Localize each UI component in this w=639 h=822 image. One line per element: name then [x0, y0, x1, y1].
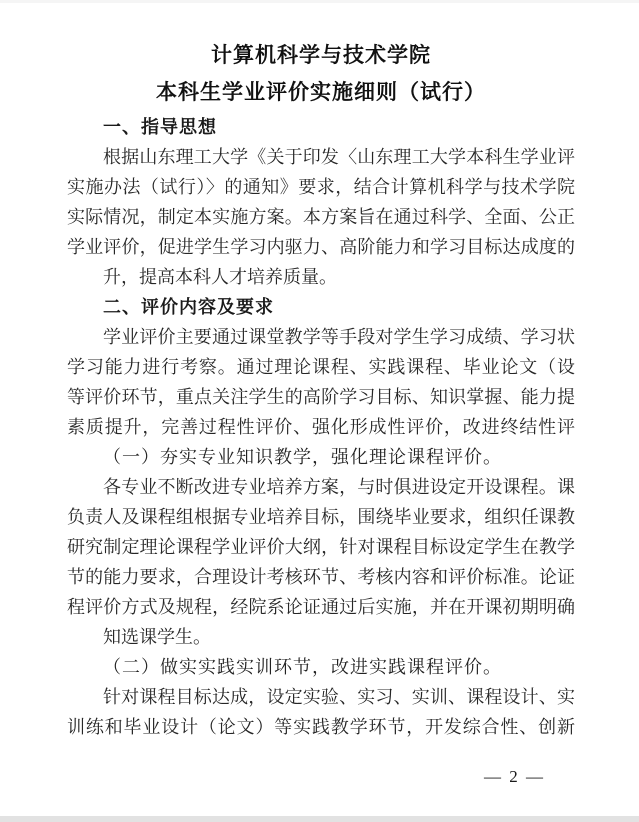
- section-heading: 一、指导思想: [67, 112, 575, 142]
- sub-heading: （一）夯实专业知识教学，强化理论课程评价。: [67, 442, 575, 472]
- body-line: 学业评价，促进学生学习内驱力、高阶能力和学习目标达成度的提: [67, 232, 575, 262]
- body-line: 知选课学生。: [67, 622, 575, 652]
- body-line: 升，提高本科人才培养质量。: [67, 262, 575, 292]
- document-body: 一、指导思想 根据山东理工大学《关于印发〈山东理工大学本科生学业评价 实施办法（…: [67, 112, 575, 742]
- body-line: 根据山东理工大学《关于印发〈山东理工大学本科生学业评价: [67, 142, 575, 172]
- body-line: 节的能力要求，合理设计考核环节、考核内容和评价标准。论证课: [67, 562, 575, 592]
- section-heading: 二、评价内容及要求: [67, 292, 575, 322]
- page-number: — 2 —: [484, 766, 545, 788]
- body-line: 等评价环节，重点关注学生的高阶学习目标、知识掌握、能力提高、: [67, 382, 575, 412]
- body-line: 程评价方式及规程，经院系论证通过后实施，并在开课初期明确告: [67, 592, 575, 622]
- document-title-line2: 本科生学业评价实施细则（试行）: [67, 79, 575, 105]
- viewer-edge-bottom: [0, 816, 639, 822]
- sub-heading: （二）做实实践实训环节，改进实践课程评价。: [67, 652, 575, 682]
- body-line: 实施办法（试行）〉的通知》要求，结合计算机科学与技术学院的: [67, 172, 575, 202]
- body-line: 实际情况，制定本实施方案。本方案旨在通过科学、全面、公正的: [67, 202, 575, 232]
- body-line: 负责人及课程组根据专业培养目标，围绕毕业要求，组织任课教师: [67, 502, 575, 532]
- body-line: 研究制定理论课程学业评价大纲，针对课程目标设定学生在教学环: [67, 532, 575, 562]
- document-title-line1: 计算机科学与技术学院: [67, 42, 575, 68]
- viewer-edge-top: [0, 0, 639, 3]
- body-line: 学业评价主要通过课堂教学等手段对学生学习成绩、学习状态、: [67, 322, 575, 352]
- body-line: 学习能力进行考察。通过理论课程、实践课程、毕业论文（设计）: [67, 352, 575, 382]
- body-line: 素质提升，完善过程性评价、强化形成性评价，改进终结性评价。: [67, 412, 575, 442]
- body-line: 各专业不断改进专业培养方案，与时俱进设定开设课程。课程: [67, 472, 575, 502]
- body-line: 针对课程目标达成，设定实验、实习、实训、课程设计、实践: [67, 682, 575, 712]
- body-line: 训练和毕业设计（论文）等实践教学环节，开发综合性、创新性、: [67, 712, 575, 742]
